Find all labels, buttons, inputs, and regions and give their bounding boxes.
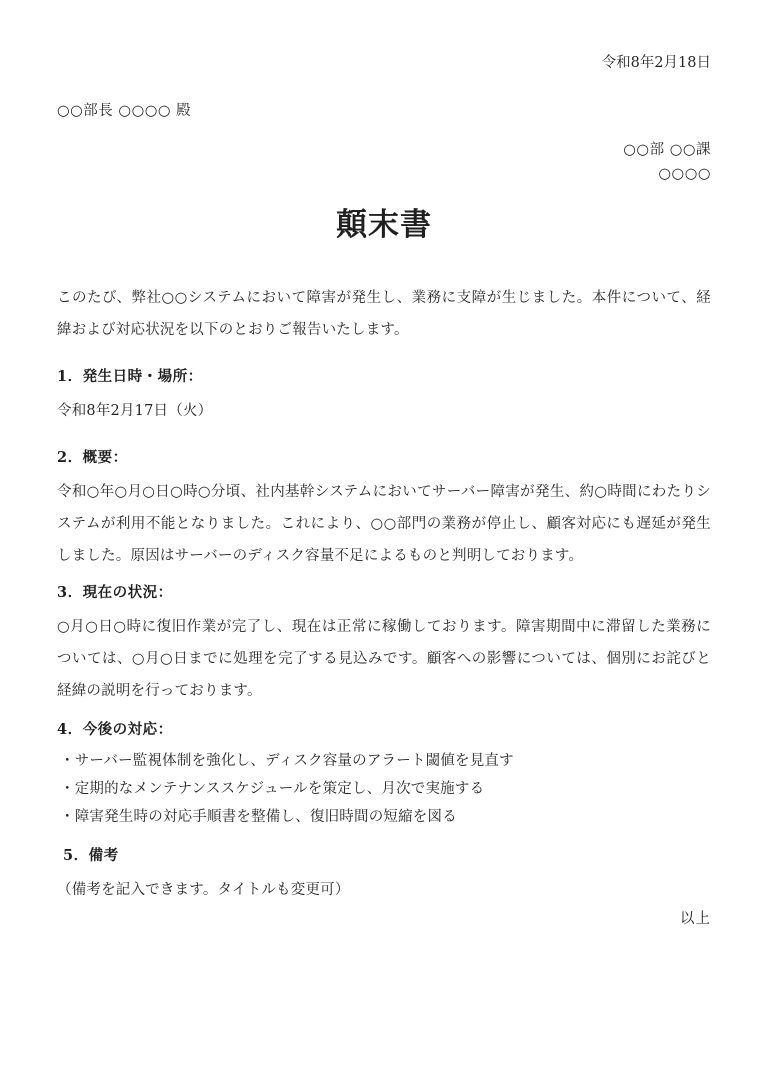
section-occurrence-datetime: 1．発生日時・場所： 令和8年2月17日（火）: [57, 366, 711, 427]
section-current-status: 3．現在の状況： ○月○日○時に復旧作業が完了し、現在は正常に稼働しております。…: [57, 582, 711, 707]
measure-item: ・サーバー監視体制を強化し、ディスク容量のアラート閾値を見直す: [60, 747, 711, 775]
sender-department: ○○部 ○○課: [57, 138, 711, 162]
section-1-heading: 1．発生日時・場所：: [57, 366, 711, 388]
document-page: 令和8年2月18日 ○○部長 ○○○○ 殿 ○○部 ○○課 ○○○○ 顛末書 こ…: [0, 0, 768, 1087]
section-3-body: ○月○日○時に復旧作業が完了し、現在は正常に稼働しております。障害期間中に滞留し…: [57, 611, 711, 707]
intro-paragraph: このたび、弊社○○システムにおいて障害が発生し、業務に支障が生じました。本件につ…: [57, 282, 711, 346]
section-future-measures: 4．今後の対応： ・サーバー監視体制を強化し、ディスク容量のアラート閾値を見直す…: [57, 719, 711, 831]
section-5-heading: 5．備考: [57, 845, 711, 867]
section-overview: 2．概要： 令和○年○月○日○時○分頃、社内基幹システムにおいてサーバー障害が発…: [57, 447, 711, 572]
addressee-line: ○○部長 ○○○○ 殿: [57, 100, 711, 122]
section-2-heading: 2．概要：: [57, 447, 711, 469]
document-title: 顛末書: [57, 204, 711, 246]
sender-name: ○○○○: [57, 162, 711, 186]
section-4-heading: 4．今後の対応：: [57, 719, 711, 741]
sender-block: ○○部 ○○課 ○○○○: [57, 138, 711, 186]
section-remarks: 5．備考 （備考を記入できます。タイトルも変更可）: [57, 845, 711, 906]
measure-item: ・障害発生時の対応手順書を整備し、復旧時間の短縮を図る: [60, 803, 711, 831]
document-date: 令和8年2月18日: [57, 52, 711, 74]
closing-ijou: 以上: [57, 908, 711, 930]
measures-list: ・サーバー監視体制を強化し、ディスク容量のアラート閾値を見直す ・定期的なメンテ…: [57, 747, 711, 831]
measure-item: ・定期的なメンテナンススケジュールを策定し、月次で実施する: [60, 775, 711, 803]
section-5-body: （備考を記入できます。タイトルも変更可）: [57, 874, 711, 906]
section-3-heading: 3．現在の状況：: [57, 582, 711, 604]
section-2-body: 令和○年○月○日○時○分頃、社内基幹システムにおいてサーバー障害が発生、約○時間…: [57, 476, 711, 572]
section-1-body: 令和8年2月17日（火）: [57, 395, 711, 427]
